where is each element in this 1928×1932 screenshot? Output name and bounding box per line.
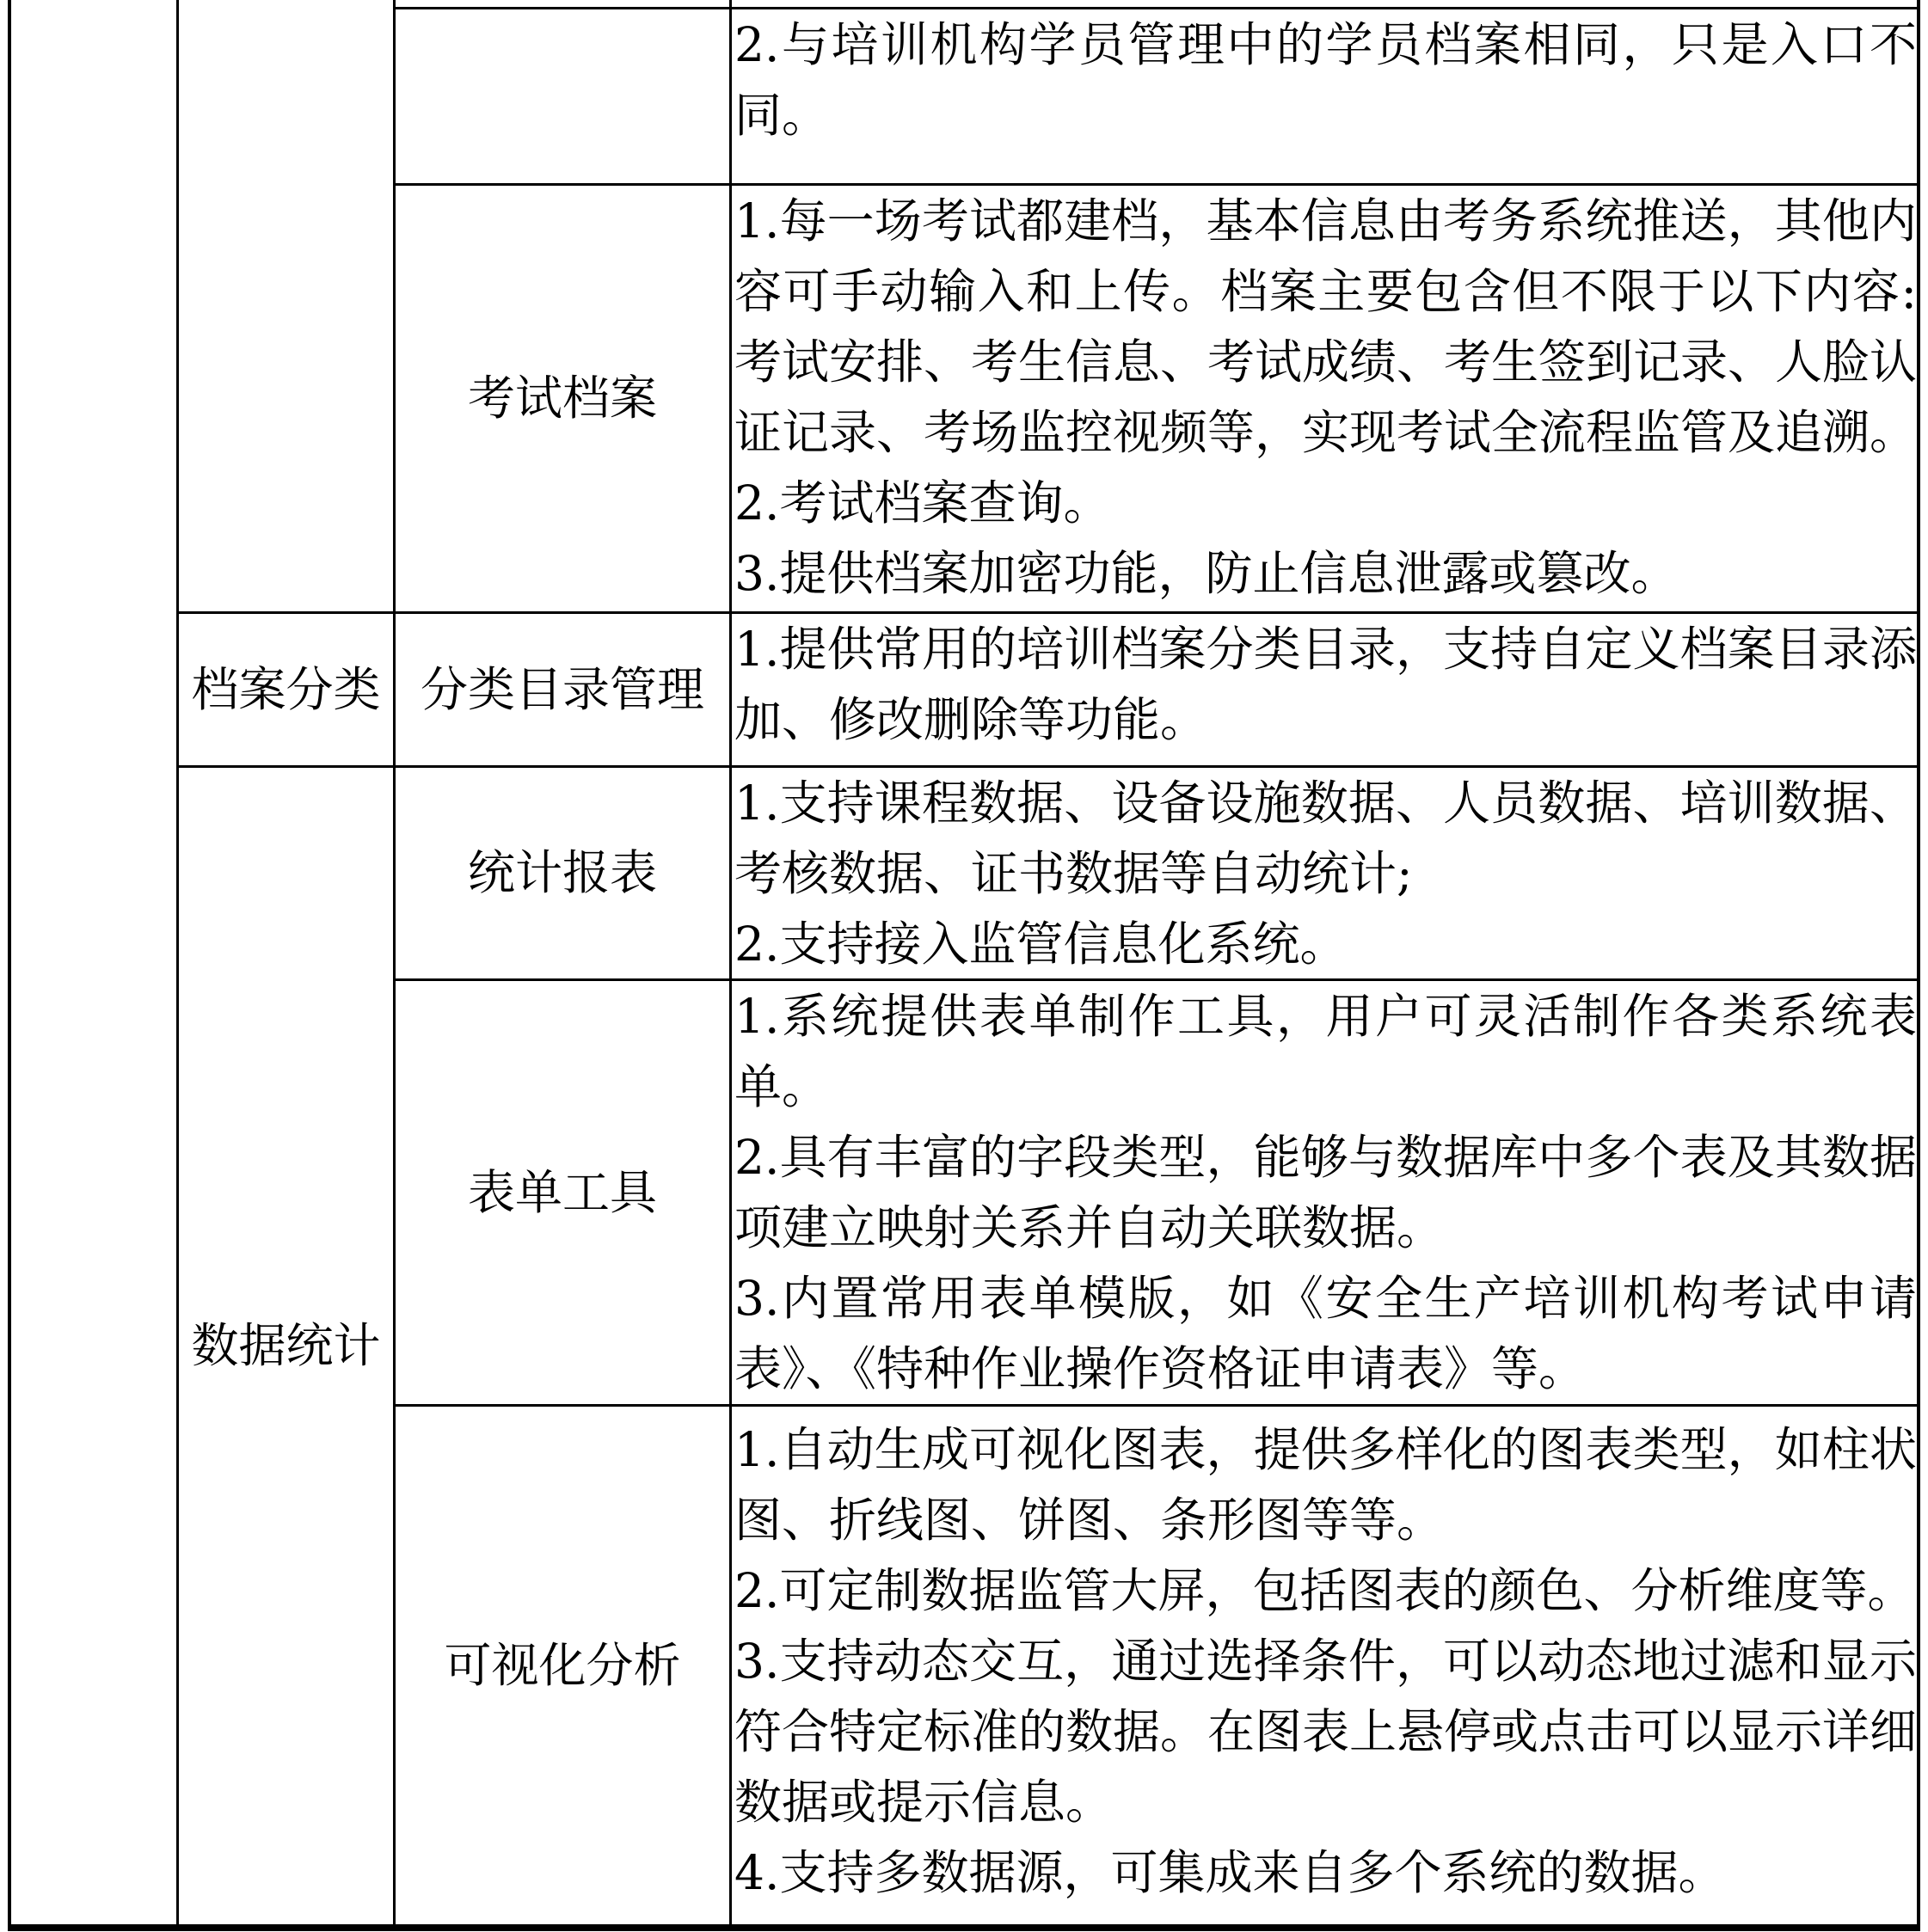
cell-desc-partial-row: 2.与培训机构学员管理中的学员档案相同，只是入口不同。	[734, 9, 1917, 181]
cell-feature-statistic-report: 统计报表	[396, 768, 729, 978]
table-border-left	[8, 0, 11, 1931]
cell-category-data-stats: 数据统计	[179, 768, 393, 1924]
cell-desc-catalog-management: 1.提供常用的培训档案分类目录，支持自定义档案目录添加、修改删除等功能。	[734, 614, 1917, 764]
cell-feature-visual-analysis: 可视化分析	[396, 1407, 729, 1924]
table-border-col4-left	[729, 0, 732, 1924]
cell-desc-visual-analysis: 1.自动生成可视化图表，提供多样化的图表类型，如柱状图、折线图、饼图、条形图等等…	[734, 1414, 1917, 1922]
cell-desc-exam-archive: 1.每一场考试都建档，基本信息由考务系统推送，其他内容可手动输入和上传。档案主要…	[734, 186, 1917, 610]
cell-desc-form-tool: 1.系统提供表单制作工具，用户可灵活制作各类系统表单。2.具有丰富的字段类型，能…	[734, 981, 1917, 1402]
cell-feature-exam-archive: 考试档案	[396, 186, 729, 611]
cell-desc-statistic-report: 1.支持课程数据、设备设施数据、人员数据、培训数据、考核数据、证书数据等自动统计…	[734, 768, 1917, 977]
cell-feature-catalog-management: 分类目录管理	[396, 614, 729, 765]
table-border-bottom	[8, 1924, 1920, 1931]
cell-category-archive-class: 档案分类	[179, 614, 393, 765]
table-border-right	[1917, 0, 1920, 1931]
cell-feature-form-tool: 表单工具	[396, 981, 729, 1404]
requirements-table-page: 档案分类 数据统计 考试档案 分类目录管理 统计报表 表单工具 可视化分析 2.…	[0, 0, 1928, 1932]
